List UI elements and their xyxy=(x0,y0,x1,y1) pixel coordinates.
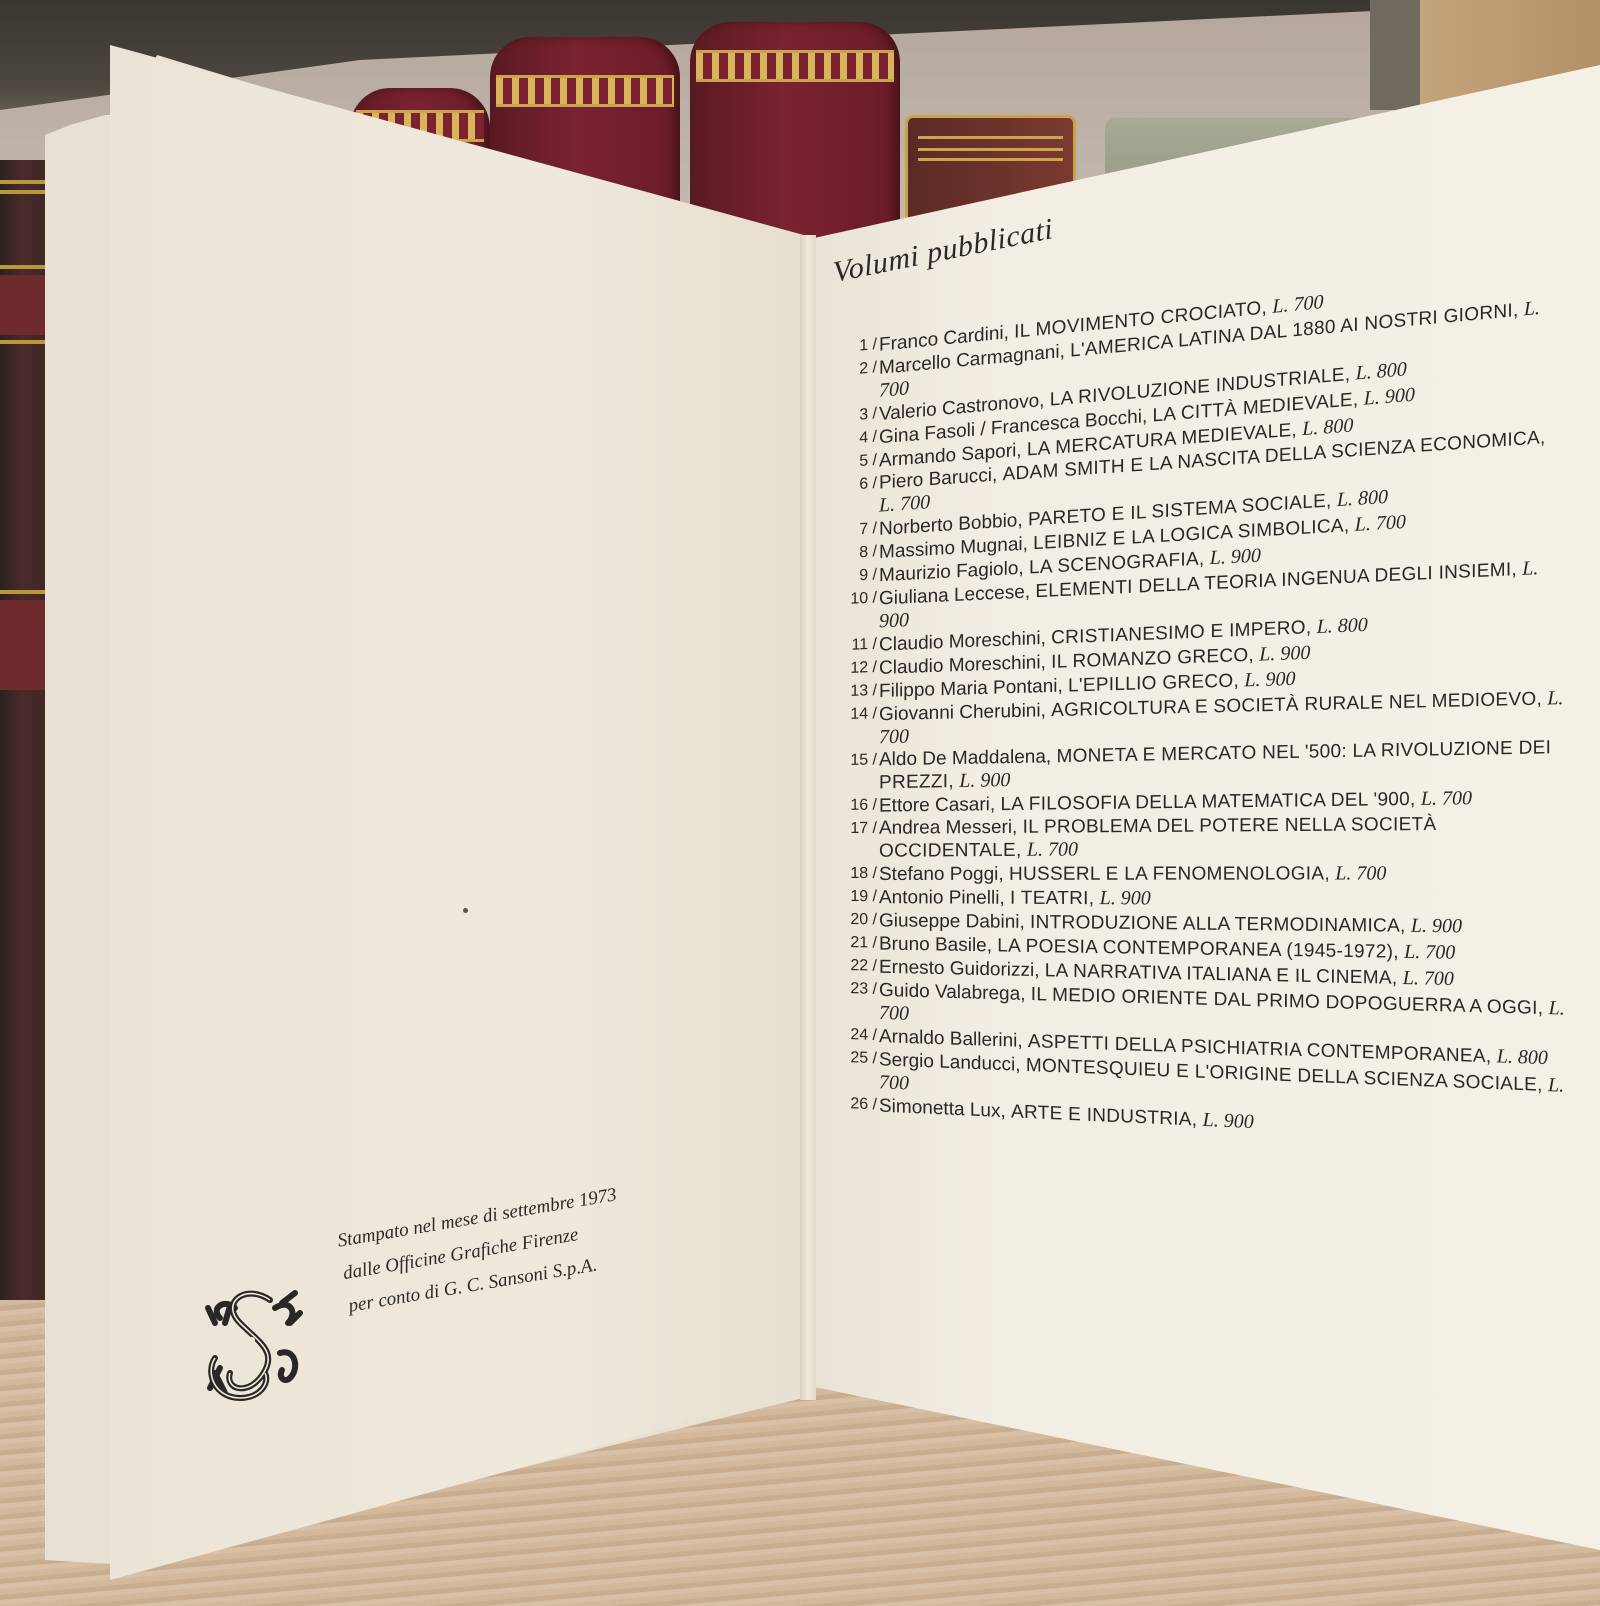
entry-number: 17 / xyxy=(845,818,877,840)
sansoni-monogram-icon xyxy=(200,1278,310,1408)
entries: 1 /Franco Cardini, IL MOVIMENTO CROCIATO… xyxy=(845,268,1565,1116)
entry-title: I TEATRI, xyxy=(1010,888,1094,909)
entry-author: Filippo Maria Pontani, xyxy=(879,676,1063,702)
entry-price: L. 700 xyxy=(1421,787,1472,810)
entry-price: L. 900 xyxy=(959,769,1010,792)
entry-number: 16 / xyxy=(845,795,877,817)
entry-number: 18 / xyxy=(845,863,877,885)
entry-price: L. 900 xyxy=(1364,384,1415,410)
entry-price: L. 900 xyxy=(1411,915,1462,938)
entry-title: LA FILOSOFIA DELLA MATEMATICA DEL '900, xyxy=(1000,789,1415,815)
entry-title: HUSSERL E LA FENOMENOLOGIA, xyxy=(1009,863,1330,884)
entry-price: L. 700 xyxy=(1335,862,1386,884)
entry-price: L. 800 xyxy=(1337,486,1388,511)
entry-price: L. 700 xyxy=(879,491,930,516)
entry-author: Arnaldo Ballerini, xyxy=(879,1026,1023,1052)
entry-price: L. 800 xyxy=(1497,1045,1548,1069)
entry-author: Antonio Pinelli, xyxy=(879,887,1005,909)
entry-number: 10 / xyxy=(845,588,877,611)
entry-number: 13 / xyxy=(845,680,877,703)
entry-author: Bruno Basile, xyxy=(879,934,992,957)
entry-number: 5 / xyxy=(845,450,877,474)
entry-price: L. 900 xyxy=(1203,1109,1254,1133)
entry-number: 7 / xyxy=(845,518,877,542)
book-gutter xyxy=(800,235,816,1400)
entry-number: 25 / xyxy=(845,1047,877,1070)
entry-author: Ettore Casari, xyxy=(879,794,995,816)
entry-number: 21 / xyxy=(845,932,877,955)
published-volumes-list: Volumi pubblicati 1 /Franco Cardini, IL … xyxy=(845,186,1565,1116)
entry-number: 24 / xyxy=(845,1024,877,1047)
entry-author: Stefano Poggi, xyxy=(879,864,1004,885)
entry-price: L. 900 xyxy=(1210,545,1261,570)
entry-number: 9 / xyxy=(845,564,877,588)
entry-price: L. 900 xyxy=(1244,668,1295,691)
entry-author: Ernesto Guidorizzi, xyxy=(879,957,1040,981)
volume-entry: 17 /Andrea Messeri, IL PROBLEMA DEL POTE… xyxy=(845,813,1565,863)
entry-number: 4 / xyxy=(845,426,877,451)
entry-title: L'EPILLIO GRECO, xyxy=(1068,671,1239,697)
entry-number: 2 / xyxy=(845,357,877,382)
entry-author: Giovanni Cherubini, xyxy=(879,700,1046,725)
entry-author: Andrea Messeri, xyxy=(879,817,1017,839)
entry-number: 3 / xyxy=(845,403,877,428)
entry-number: 12 / xyxy=(845,657,877,680)
entry-number: 19 / xyxy=(845,886,877,908)
entry-number: 14 / xyxy=(845,703,877,726)
entry-price: L. 800 xyxy=(1302,414,1353,440)
entry-price: L. 900 xyxy=(1259,642,1310,666)
volume-entry: 18 /Stefano Poggi, HUSSERL E LA FENOMENO… xyxy=(845,862,1565,886)
entry-number: 8 / xyxy=(845,541,877,565)
entry-author: Guido Valabrega, xyxy=(879,980,1025,1005)
entry-author: Simonetta Lux, xyxy=(879,1096,1006,1123)
entry-title: IL ROMANZO GRECO, xyxy=(1051,645,1254,673)
entry-price: L. 800 xyxy=(1356,358,1407,384)
entry-number: 20 / xyxy=(845,909,877,931)
entry-author: Aldo De Maddalena, xyxy=(879,746,1051,770)
entry-price: L. 800 xyxy=(1317,614,1368,638)
entry-title: INTRODUZIONE ALLA TERMODINAMICA, xyxy=(1030,912,1406,937)
entry-price: L. 700 xyxy=(1027,838,1078,860)
entry-number: 15 / xyxy=(845,749,877,772)
entry-number: 6 / xyxy=(845,473,877,497)
paper-speck xyxy=(463,908,468,913)
entry-author: Giuseppe Dabini, xyxy=(879,910,1025,932)
entry-author: Giuliana Leccese, xyxy=(879,581,1030,609)
entry-number: 26 / xyxy=(845,1093,877,1116)
entry-price: L. 700 xyxy=(1272,291,1323,318)
entry-price: L. 700 xyxy=(1355,511,1406,536)
entry-number: 1 / xyxy=(845,334,877,359)
entry-author: Claudio Moreschini, xyxy=(879,652,1046,679)
volume-entry: 19 /Antonio Pinelli, I TEATRI, L. 900 xyxy=(845,886,1565,912)
entry-price: L. 700 xyxy=(1403,967,1454,990)
entry-number: 11 / xyxy=(845,634,877,657)
entry-price: L. 900 xyxy=(1100,887,1151,909)
book-spine-6 xyxy=(1370,0,1420,110)
entry-price: L. 700 xyxy=(1404,941,1455,964)
entry-number: 23 / xyxy=(845,978,877,1001)
entry-number: 22 / xyxy=(845,955,877,978)
